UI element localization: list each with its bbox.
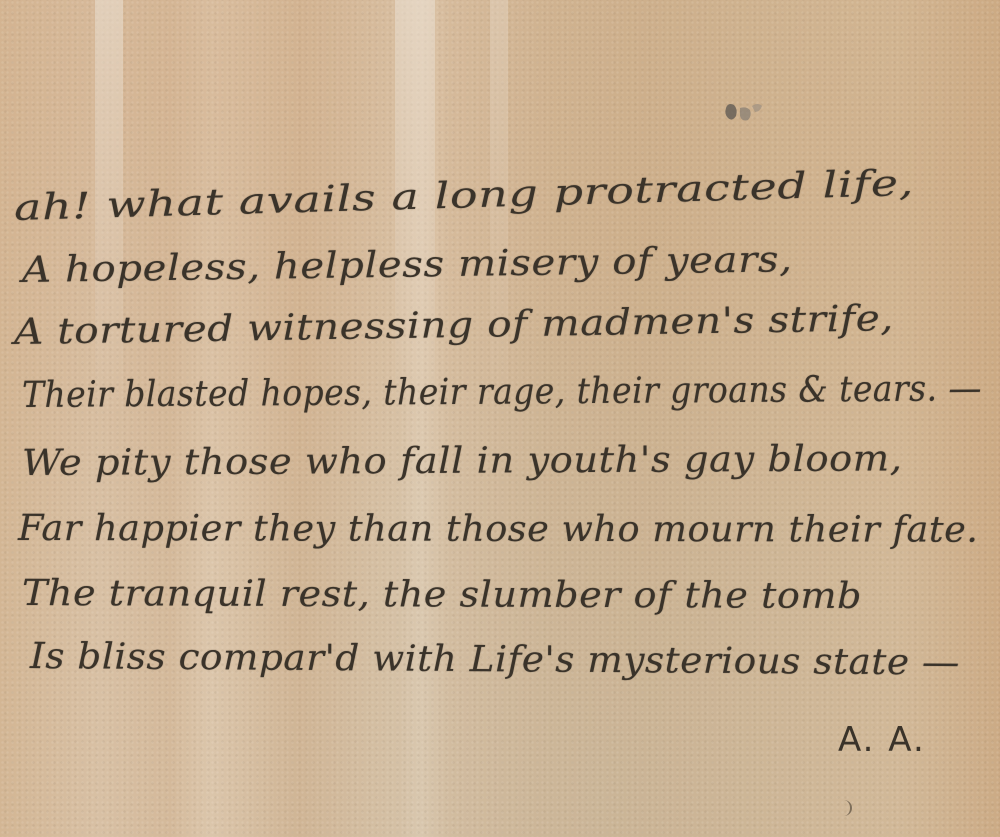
poem-line-8: Is bliss compar'd with Life's mysterious… (30, 636, 960, 683)
manuscript-page: { "document": { "type": "handwritten-poe… (0, 0, 1000, 837)
poem-line-1: ah! what avails a long protracted life, (13, 163, 914, 229)
poem-line-3: A tortured witnessing of madmen's strife… (14, 298, 894, 353)
signature-initials: A. A. (838, 720, 926, 760)
poem-line-4: Their blasted hopes, their rage, their g… (22, 368, 982, 416)
poem-line-7: The tranquil rest, the slumber of the to… (22, 573, 862, 617)
poem: ah! what avails a long protracted life, … (0, 0, 1000, 837)
poem-line-6: Far happier they than those who mourn th… (18, 508, 979, 551)
poem-line-5: We pity those who fall in youth's gay bl… (22, 438, 903, 484)
poem-line-2: A hopeless, helpless misery of years, (22, 239, 793, 291)
